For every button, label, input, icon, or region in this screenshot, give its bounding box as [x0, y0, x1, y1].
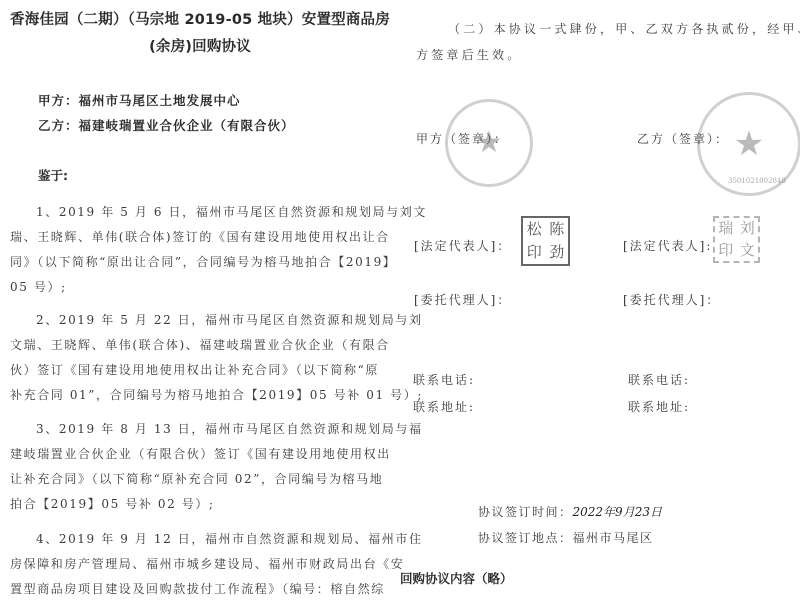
whereas-heading: 鉴于:	[38, 166, 68, 184]
clause-2-line: 2、2019 年 5 月 22 日，福州市马尾区自然资源和规划局与刘	[36, 311, 423, 328]
clause-1-line: 1、2019 年 5 月 6 日，福州市马尾区自然资源和规划局与刘文	[36, 203, 427, 220]
party-b-legal-rep-label: [法定代表人]:	[623, 237, 712, 254]
seal-char: 文	[740, 243, 755, 258]
sign-place-value: 福州市马尾区	[573, 531, 654, 545]
clause-two-line1: （二）本协议一式肆份，甲、乙双方各执贰份，经甲、乙双	[448, 20, 800, 37]
clause-1-line: 05 号）;	[10, 278, 67, 295]
document-page: 香海佳园（二期）（马宗地 2019-05 地块）安置型商品房 (余房)回购协议 …	[0, 0, 800, 611]
party-a-address-label: 联系地址:	[413, 398, 475, 415]
party-b-agent-label: [委托代理人]：	[623, 291, 720, 308]
party-a-seal-label: 甲方（签章）：	[416, 130, 508, 147]
document-title-line2: (余房)回购协议	[0, 35, 400, 56]
party-a: 甲方：福州市马尾区土地发展中心	[38, 91, 241, 109]
party-a-agent-label: [委托代理人]：	[414, 291, 511, 308]
seal-char: 劲	[549, 245, 564, 260]
party-a-phone-label: 联系电话:	[413, 371, 475, 388]
sign-place: 协议签订地点：福州市马尾区	[478, 529, 654, 546]
party-b: 乙方：福建岐瑞置业合伙企业（有限合伙）	[38, 116, 295, 134]
party-b-phone-label: 联系电话:	[628, 371, 690, 388]
right-page: （二）本协议一式肆份，甲、乙双方各执贰份，经甲、乙双 方签章后生效。 ★ 甲方（…	[400, 0, 800, 611]
clause-2-line: 补充合同 01”，合同编号为榕马地拍合【2019】05 号补 01 号）;	[10, 386, 423, 403]
star-icon: ★	[734, 127, 764, 161]
seal-char: 刘	[740, 221, 755, 236]
sign-place-label: 协议签订地点：	[478, 531, 573, 545]
party-a-legal-rep-label: [法定代表人]：	[414, 237, 511, 254]
party-b-address-label: 联系地址:	[628, 398, 690, 415]
seal-char: 印	[718, 243, 733, 258]
clause-two-line2: 方签章后生效。	[416, 46, 522, 63]
clause-2-line: 伙）签订《国有建设用地使用权出让补充合同》（以下简称“原	[10, 361, 379, 378]
seal-char: 陈	[549, 222, 564, 237]
document-title-line1: 香海佳园（二期）（马宗地 2019-05 地块）安置型商品房	[0, 8, 400, 29]
party-b-legal-rep-seal: 瑞 刘 印 文	[713, 216, 760, 263]
sign-time-value: 2022年9月23日	[573, 505, 662, 519]
clause-3-line: 3、2019 年 8 月 13 日，福州市马尾区自然资源和规划局与福	[36, 420, 423, 437]
clause-4-line: 房保障和房产管理局、福州市城乡建设局、福州市财政局出台《安	[10, 555, 404, 572]
party-a-legal-rep-seal: 松 陈 印 劲	[521, 216, 570, 266]
left-page: 香海佳园（二期）（马宗地 2019-05 地块）安置型商品房 (余房)回购协议 …	[0, 0, 400, 611]
content-summary: 回购协议内容（略）	[400, 569, 513, 587]
party-b-seal-label: 乙方（签章）：	[637, 130, 729, 147]
clause-4-line: 置型商品房项目建设及回购款拔付工作流程》（编号：榕自然综	[10, 580, 385, 597]
clause-3-line: 让补充合同》（以下简称“原补充合同 02”，合同编号为榕马地	[10, 470, 383, 487]
sign-time-label: 协议签订时间：	[478, 505, 573, 519]
seal-number: 3501021002848	[728, 177, 786, 185]
seal-char: 瑞	[718, 221, 733, 236]
clause-1-line: 瑞、王晓辉、单伟(联合体)签订的《国有建设用地使用权出让合	[10, 228, 390, 245]
seal-char: 印	[527, 245, 542, 260]
clause-2-line: 文瑞、王晓辉、单伟(联合体)、福建岐瑞置业合伙企业（有限合	[10, 336, 390, 353]
clause-3-line: 建岐瑞置业合伙企业（有限合伙）签订《国有建设用地使用权出	[10, 445, 391, 462]
seal-char: 松	[527, 222, 542, 237]
clause-4-line: 4、2019 年 9 月 12 日，福州市自然资源和规划局、福州市住	[36, 530, 423, 547]
clause-1-line: 同》（以下简称“原出让合同”，合同编号为榕马地拍合【2019】	[10, 253, 396, 270]
sign-time: 协议签订时间：2022年9月23日	[478, 503, 662, 520]
clause-3-line: 拍合【2019】05 号补 02 号）;	[10, 495, 215, 512]
